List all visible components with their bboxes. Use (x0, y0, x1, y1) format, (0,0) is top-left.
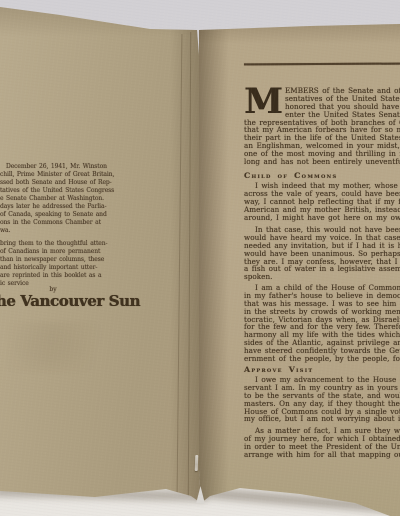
opening-paragraph: EMBERS of the Senate and of thesentative… (244, 87, 400, 119)
opening-paragraph-continued: the representatives of both branches of … (244, 119, 400, 166)
text-line: ernment of the people, by the people, fo… (244, 355, 400, 363)
text-line: arrange with him for all that mapping ou… (244, 451, 400, 459)
decorative-top-rule (244, 63, 400, 65)
left-page-paragraph-2: bring them to the thoughtful atten-of Ca… (0, 240, 107, 288)
text-line: spoken. (244, 273, 400, 281)
text-line: are reprinted in this booklet as a (0, 272, 107, 280)
paragraph: I owe my advancement to the House ofserv… (244, 376, 400, 423)
left-page-paragraph-1: December 26, 1941, Mr. Winstonchill, Pri… (0, 163, 114, 235)
paragraph: As a matter of fact, I am sure they will… (244, 427, 400, 459)
text-line: December 26, 1941, Mr. Winston (0, 163, 114, 171)
text-line: wa. (0, 227, 114, 235)
paragraph: I wish indeed that my mother, whose macr… (244, 182, 400, 221)
gutter-shading (199, 0, 229, 516)
page-edge-shading (199, 22, 400, 48)
text-line: and historically important utter- (0, 264, 107, 272)
text-line: e Senate Chamber at Washington. (0, 195, 114, 203)
paragraph: In that case, this would not have been t… (244, 226, 400, 281)
paragraph: I am a child of the House of Commons. Ii… (244, 284, 400, 363)
text-line: bring them to the thoughtful atten- (0, 240, 107, 248)
text-line: than in newspaper columns, these (0, 256, 107, 264)
left-page: December 26, 1941, Mr. Winstonchill, Pri… (0, 0, 204, 516)
photo-of-open-booklet: December 26, 1941, Mr. Winstonchill, Pri… (0, 0, 400, 516)
publisher-masthead: The Vancouver Sun (0, 292, 140, 310)
section-heading-approve-visit: Approve Visit (244, 365, 313, 374)
text-line: ons in the Commons Chamber at (0, 219, 114, 227)
text-line: chill, Prime Minister of Great Britain, (0, 171, 114, 179)
text-line: long and has not been entirely uneventfu… (244, 158, 400, 166)
text-line: around, I might have got here on my own. (244, 214, 400, 222)
text-line: tatives of the United States Congress (0, 187, 114, 195)
fold-shading (170, 0, 204, 516)
text-line: of Canada, speaking to Senate and (0, 211, 114, 219)
text-line: days later he addressed the Parlia- (0, 203, 114, 211)
staple (195, 455, 199, 471)
text-line: ssed both Senate and House of Rep- (0, 179, 114, 187)
show-through-ghost (8, 322, 108, 372)
section-heading-child-of-commons: Child of Commons (244, 171, 337, 180)
text-line: of Canadians in more permanent (0, 248, 107, 256)
text-line: my office, but I am not worrying about i… (244, 415, 400, 423)
